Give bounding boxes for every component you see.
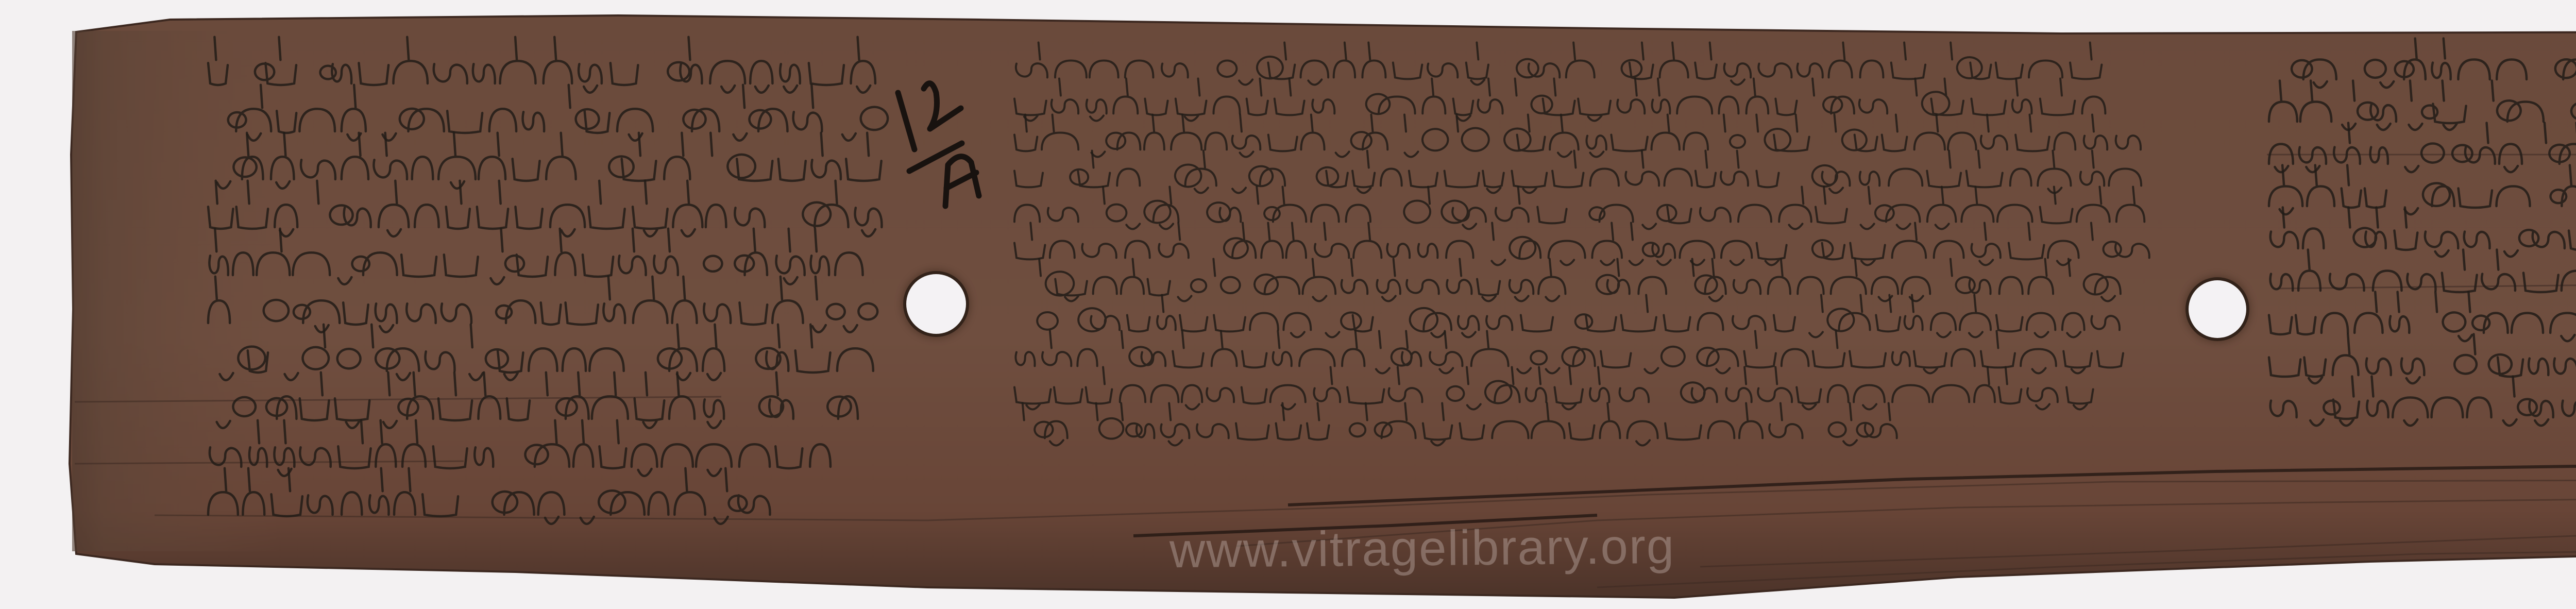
handwritten-glyphs	[206, 432, 845, 480]
script-line	[206, 49, 871, 97]
binding-hole-left	[906, 274, 966, 334]
handwritten-glyphs	[2267, 260, 2576, 302]
script-line	[2267, 260, 2576, 302]
script-line	[1012, 124, 2130, 160]
handwritten-glyphs	[2267, 218, 2576, 260]
script-line	[1012, 232, 2141, 268]
script-line	[2267, 302, 2576, 345]
handwritten-glyphs	[1012, 340, 2120, 376]
script-line	[1012, 376, 2094, 412]
script-line	[2267, 387, 2576, 429]
script-line	[206, 480, 788, 528]
left-text-column	[206, 49, 896, 533]
handwritten-glyphs	[1012, 376, 2094, 412]
script-line	[1012, 304, 2125, 340]
handwritten-glyphs	[2267, 133, 2576, 176]
script-line	[206, 384, 855, 432]
script-line	[1012, 88, 2125, 124]
folio-mark-glyph	[894, 77, 992, 211]
script-line	[206, 145, 876, 193]
handwritten-glyphs	[206, 384, 855, 432]
script-line	[2267, 218, 2576, 260]
handwritten-glyphs	[2267, 91, 2576, 133]
script-line	[2267, 345, 2576, 387]
handwritten-glyphs	[206, 193, 871, 241]
handwritten-glyphs	[2267, 387, 2576, 429]
middle-text-column	[1012, 52, 2146, 484]
handwritten-glyphs	[206, 241, 860, 289]
script-line	[1012, 160, 2130, 196]
script-line	[206, 241, 860, 289]
script-line	[206, 97, 871, 145]
binding-hole-right	[2189, 280, 2246, 338]
handwritten-glyphs	[206, 480, 788, 528]
handwritten-glyphs	[1012, 88, 2125, 124]
script-line	[2267, 91, 2576, 133]
handwritten-glyphs	[206, 97, 871, 145]
script-line	[1012, 340, 2120, 376]
script-line	[206, 336, 860, 384]
script-line	[2267, 133, 2576, 176]
script-line	[2267, 176, 2576, 218]
script-line	[1012, 268, 2130, 304]
script-line	[206, 289, 860, 336]
handwritten-glyphs	[2267, 49, 2576, 91]
handwritten-glyphs	[2267, 345, 2576, 387]
handwritten-glyphs	[1012, 304, 2125, 340]
script-line	[1012, 412, 1909, 448]
right-text-column	[2267, 49, 2576, 471]
handwritten-glyphs	[1012, 124, 2130, 160]
handwritten-glyphs	[1012, 412, 1909, 448]
script-line	[1012, 52, 2120, 88]
handwritten-glyphs	[206, 49, 871, 97]
handwritten-glyphs	[1012, 160, 2130, 196]
handwritten-glyphs	[1012, 52, 2120, 88]
handwritten-glyphs	[1012, 196, 2136, 232]
handwritten-glyphs	[206, 289, 860, 336]
folio-number-mark: 12/A	[894, 77, 992, 211]
handwritten-glyphs	[2267, 302, 2576, 345]
handwritten-glyphs	[206, 145, 876, 193]
script-line	[2267, 49, 2576, 91]
handwritten-glyphs	[206, 336, 860, 384]
script-line	[206, 193, 871, 241]
handwritten-glyphs	[2267, 176, 2576, 218]
handwritten-glyphs	[1012, 268, 2130, 304]
script-line	[206, 432, 845, 480]
palm-leaf-scene: 12/A www.vitragelibrary.org	[0, 0, 2576, 609]
script-line	[1012, 196, 2136, 232]
watermark-text: www.vitragelibrary.org	[1170, 518, 1675, 580]
handwritten-glyphs	[1012, 232, 2141, 268]
